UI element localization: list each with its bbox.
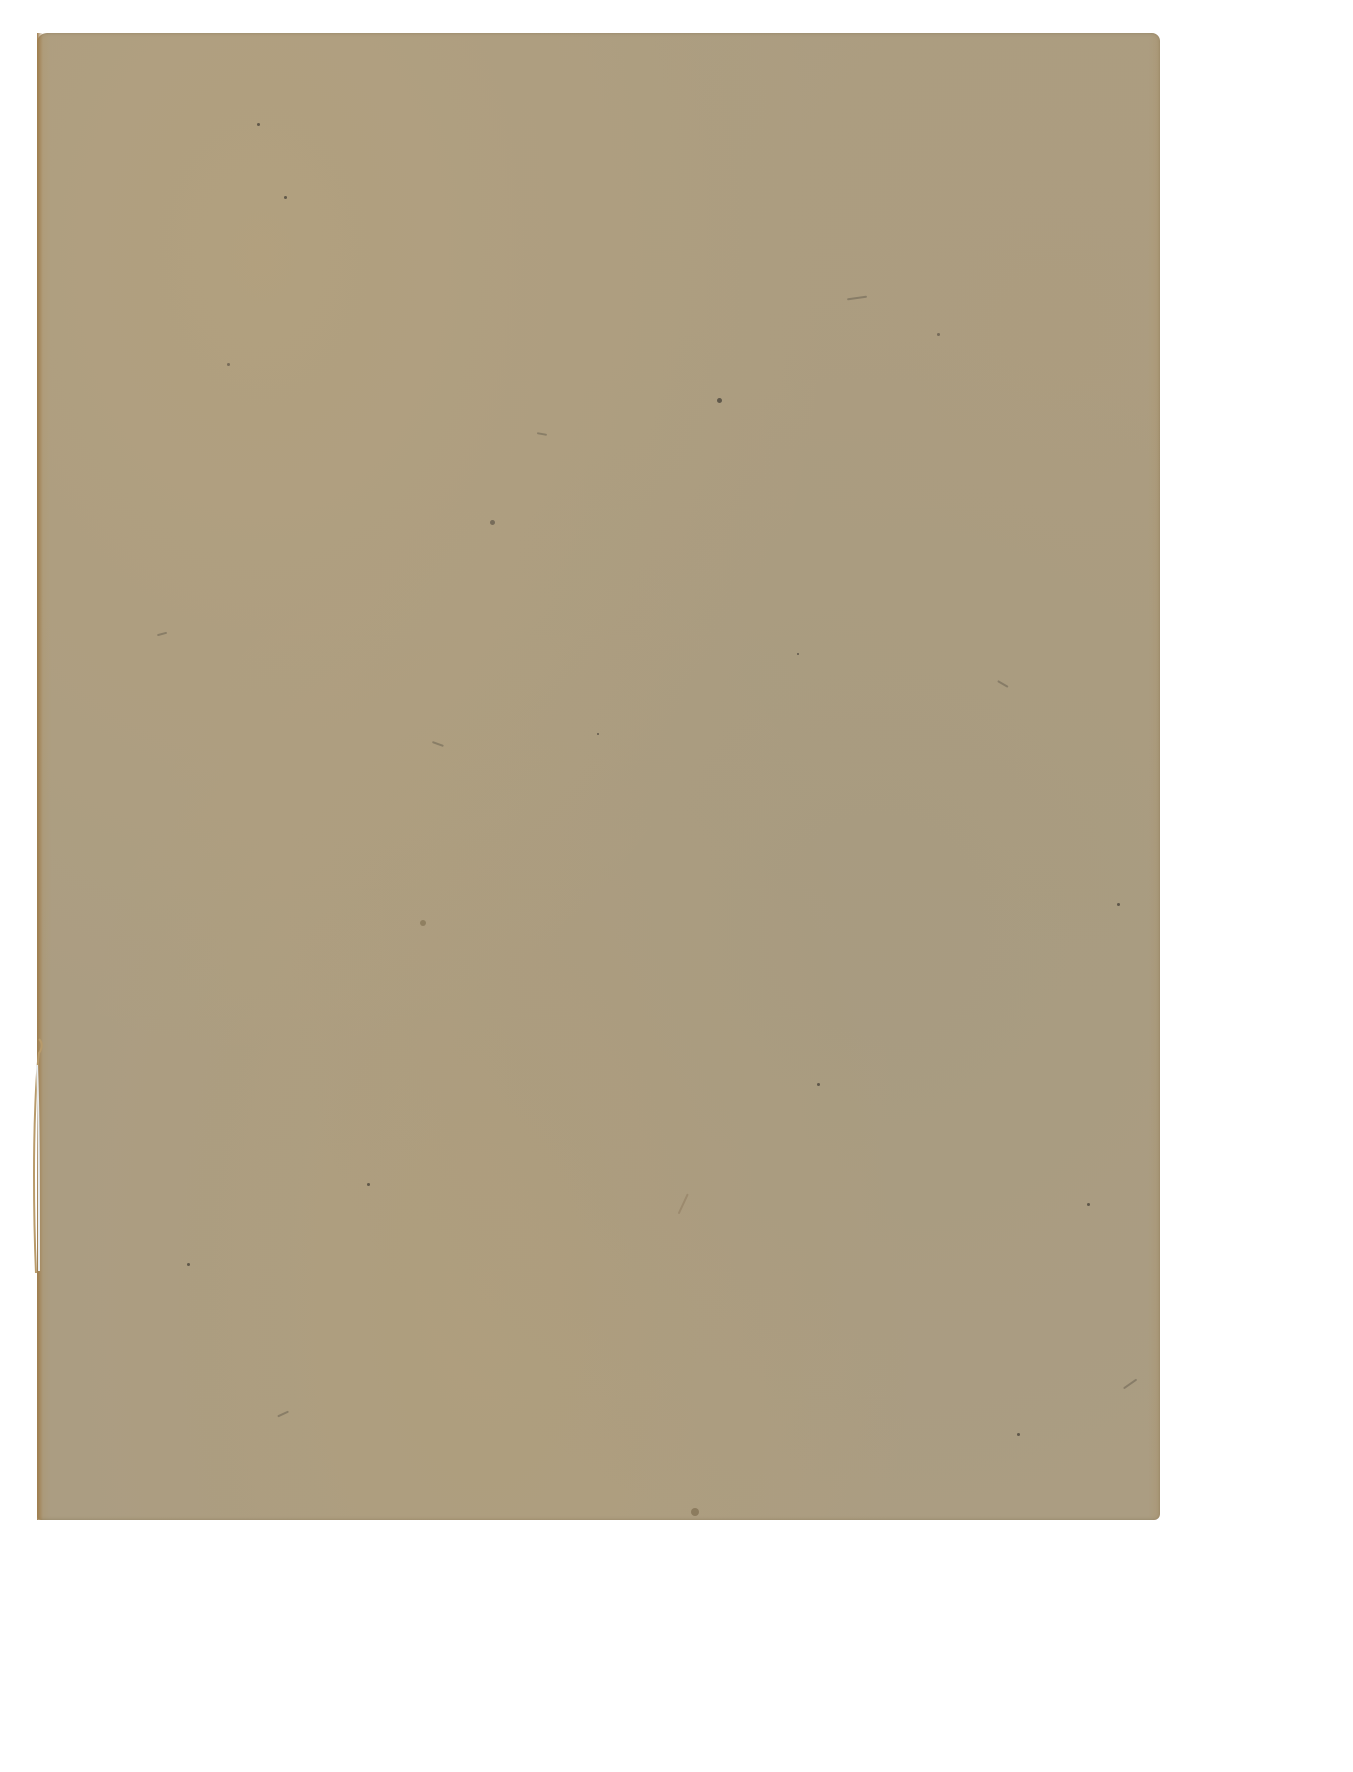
- paper-speck: [691, 1508, 699, 1516]
- paper-fiber: [997, 680, 1008, 687]
- paper-fiber: [1123, 1379, 1137, 1389]
- paper-speck: [187, 1263, 190, 1266]
- paper-speck: [284, 196, 287, 199]
- paper-speck: [597, 733, 599, 735]
- paper-fiber: [157, 632, 167, 636]
- binding-thread: [30, 1035, 44, 1275]
- paper-speck: [1117, 903, 1120, 906]
- spine-edge: [37, 33, 43, 1520]
- paper-fiber: [432, 741, 444, 747]
- paper-fiber: [847, 296, 867, 300]
- paper-speck: [717, 398, 722, 403]
- paper-speck: [817, 1083, 820, 1086]
- paper-speck: [1087, 1203, 1090, 1206]
- paper-speck: [420, 920, 426, 926]
- paper-speck: [937, 333, 940, 336]
- booklet-cover: [37, 33, 1160, 1520]
- paper-speck: [490, 520, 495, 525]
- paper-speck: [257, 123, 260, 126]
- paper-fiber: [678, 1193, 689, 1214]
- paper-speck: [797, 653, 799, 655]
- paper-fiber: [277, 1411, 289, 1417]
- paper-fiber: [537, 432, 547, 435]
- paper-speck: [367, 1183, 370, 1186]
- paper-speck: [227, 363, 230, 366]
- paper-speck: [1017, 1433, 1020, 1436]
